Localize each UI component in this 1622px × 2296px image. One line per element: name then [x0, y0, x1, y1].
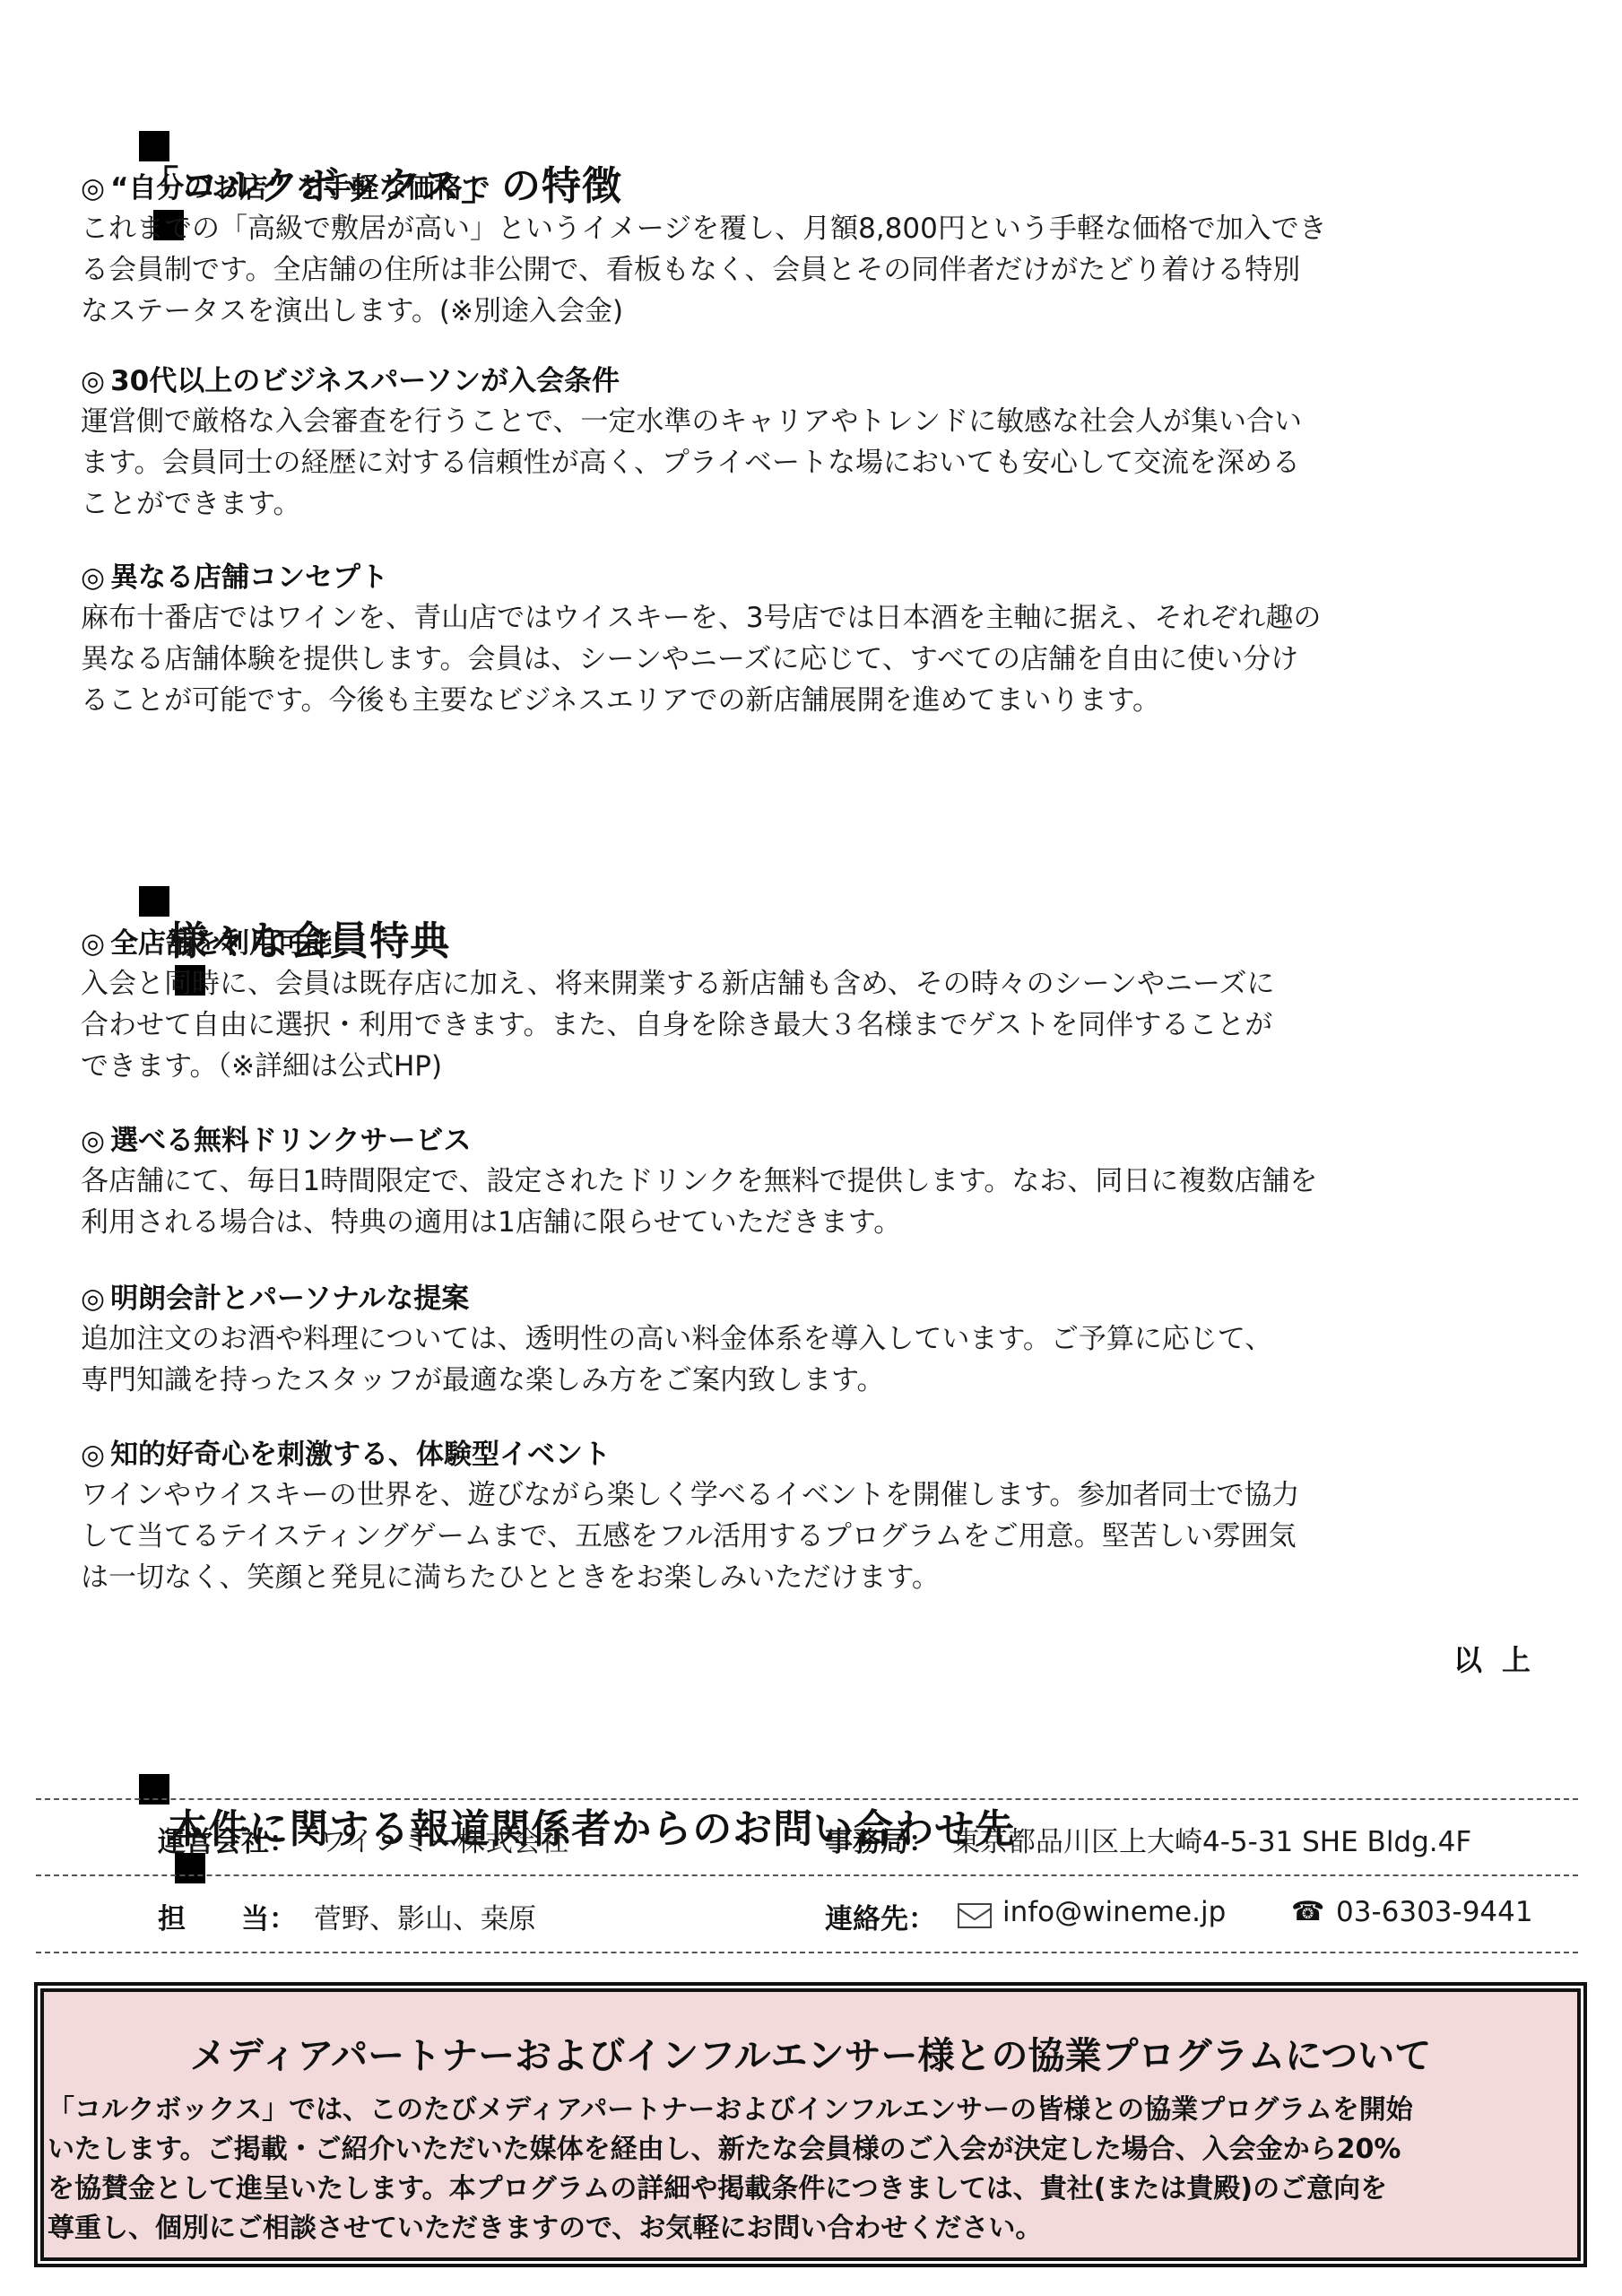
partner-program-inner: メディアパートナーおよびインフルエンサー様との協業プログラムについて 「コルクボ…	[40, 1988, 1581, 2261]
benefit-title: ◎選べる無料ドリンクサービス	[81, 1121, 1551, 1161]
square-bullet-icon	[139, 886, 169, 917]
partner-program-body: 「コルクボックス」では、このたびメディアパートナーおよびインフルエンサーの皆様と…	[48, 2091, 1413, 2248]
benefit-body: 各店舗にて、毎日1時間限定で、設定されたドリンクを無料で提供します。なお、同日に…	[81, 1161, 1551, 1243]
contact-row-company: 運営会社： ワインミー株式会社 事務局： 東京都品川区上大崎4-5-31 SHE…	[0, 1812, 1622, 1865]
feature-title: ◎“自分のお店” を手軽な価格で	[81, 169, 1551, 208]
person-value: 菅野、影山、桒原	[314, 1896, 536, 1936]
double-circle-icon: ◎	[81, 1125, 105, 1157]
benefit-item: ◎選べる無料ドリンクサービス 各店舗にて、毎日1時間限定で、設定されたドリンクを…	[81, 1121, 1551, 1243]
double-circle-icon: ◎	[81, 365, 105, 397]
reach-label: 連絡先：	[825, 1896, 936, 1936]
benefit-title: ◎全店舗を利用可能	[81, 924, 1551, 963]
feature-body: これまでの「高級で敷居が高い」というイメージを覆し、月額8,800円という手軽な…	[81, 208, 1551, 332]
partner-program-box: メディアパートナーおよびインフルエンサー様との協業プログラムについて 「コルクボ…	[34, 1982, 1587, 2267]
benefit-body: 入会と同時に、会員は既存店に加え、将来開業する新店舗も含め、その時々のシーンやニ…	[81, 963, 1551, 1087]
feature-item: ◎30代以上のビジネスパーソンが入会条件 運営側で厳格な入会審査を行うことで、一…	[81, 361, 1551, 525]
press-release-page: 「コルクボックス」の特徴 ◎“自分のお店” を手軽な価格で これまでの「高級で敷…	[0, 0, 1622, 2296]
dashed-divider	[36, 1874, 1578, 1876]
dashed-divider	[36, 1952, 1578, 1953]
phone-number[interactable]: 03-6303-9441	[1336, 1896, 1533, 1928]
mail-icon	[958, 1903, 992, 1928]
closing-mark: 以上	[1453, 1638, 1550, 1679]
office-address: 東京都品川区上大崎4-5-31 SHE Bldg.4F	[952, 1819, 1471, 1859]
benefit-title: ◎知的好奇心を刺激する、体験型イベント	[81, 1435, 1551, 1474]
operator-value: ワインミー株式会社	[319, 1819, 568, 1859]
double-circle-icon: ◎	[81, 927, 105, 960]
partner-program-title: メディアパートナーおよびインフルエンサー様との協業プログラムについて	[44, 2026, 1577, 2079]
office-label: 事務局：	[825, 1819, 936, 1859]
feature-body: 運営側で厳格な入会審査を行うことで、一定水準のキャリアやトレンドに敏感な社会人が…	[81, 401, 1551, 525]
feature-item: ◎“自分のお店” を手軽な価格で これまでの「高級で敷居が高い」というイメージを…	[81, 169, 1551, 332]
double-circle-icon: ◎	[81, 172, 105, 204]
benefit-item: ◎知的好奇心を刺激する、体験型イベント ワインやウイスキーの世界を、遊びながら楽…	[81, 1435, 1551, 1598]
email-link[interactable]: info@wineme.jp	[1002, 1896, 1226, 1928]
person-label: 担 当：	[158, 1896, 297, 1936]
feature-title: ◎30代以上のビジネスパーソンが入会条件	[81, 361, 1551, 401]
operator-label: 運営会社：	[158, 1819, 297, 1859]
benefit-item: ◎明朗会計とパーソナルな提案 追加注文のお酒や料理については、透明性の高い料金体…	[81, 1279, 1551, 1401]
benefit-body: ワインやウイスキーの世界を、遊びながら楽しく学べるイベントを開催します。参加者同…	[81, 1474, 1551, 1598]
benefit-body: 追加注文のお酒や料理については、透明性の高い料金体系を導入しています。ご予算に応…	[81, 1318, 1551, 1401]
double-circle-icon: ◎	[81, 561, 105, 594]
benefit-title: ◎明朗会計とパーソナルな提案	[81, 1279, 1551, 1318]
contact-row-person: 担 当： 菅野、影山、桒原 連絡先： info@wineme.jp ☎ 03-6…	[0, 1889, 1622, 1943]
dashed-divider	[36, 1798, 1578, 1800]
feature-item: ◎異なる店舗コンセプト 麻布十番店ではワインを、青山店ではウイスキーを、3号店で…	[81, 558, 1551, 721]
feature-title: ◎異なる店舗コンセプト	[81, 558, 1551, 597]
double-circle-icon: ◎	[81, 1283, 105, 1315]
feature-body: 麻布十番店ではワインを、青山店ではウイスキーを、3号店では日本酒を主軸に据え、そ…	[81, 597, 1551, 721]
phone-icon: ☎	[1291, 1896, 1324, 1927]
double-circle-icon: ◎	[81, 1439, 105, 1471]
benefit-item: ◎全店舗を利用可能 入会と同時に、会員は既存店に加え、将来開業する新店舗も含め、…	[81, 924, 1551, 1087]
square-bullet-icon	[139, 131, 169, 161]
